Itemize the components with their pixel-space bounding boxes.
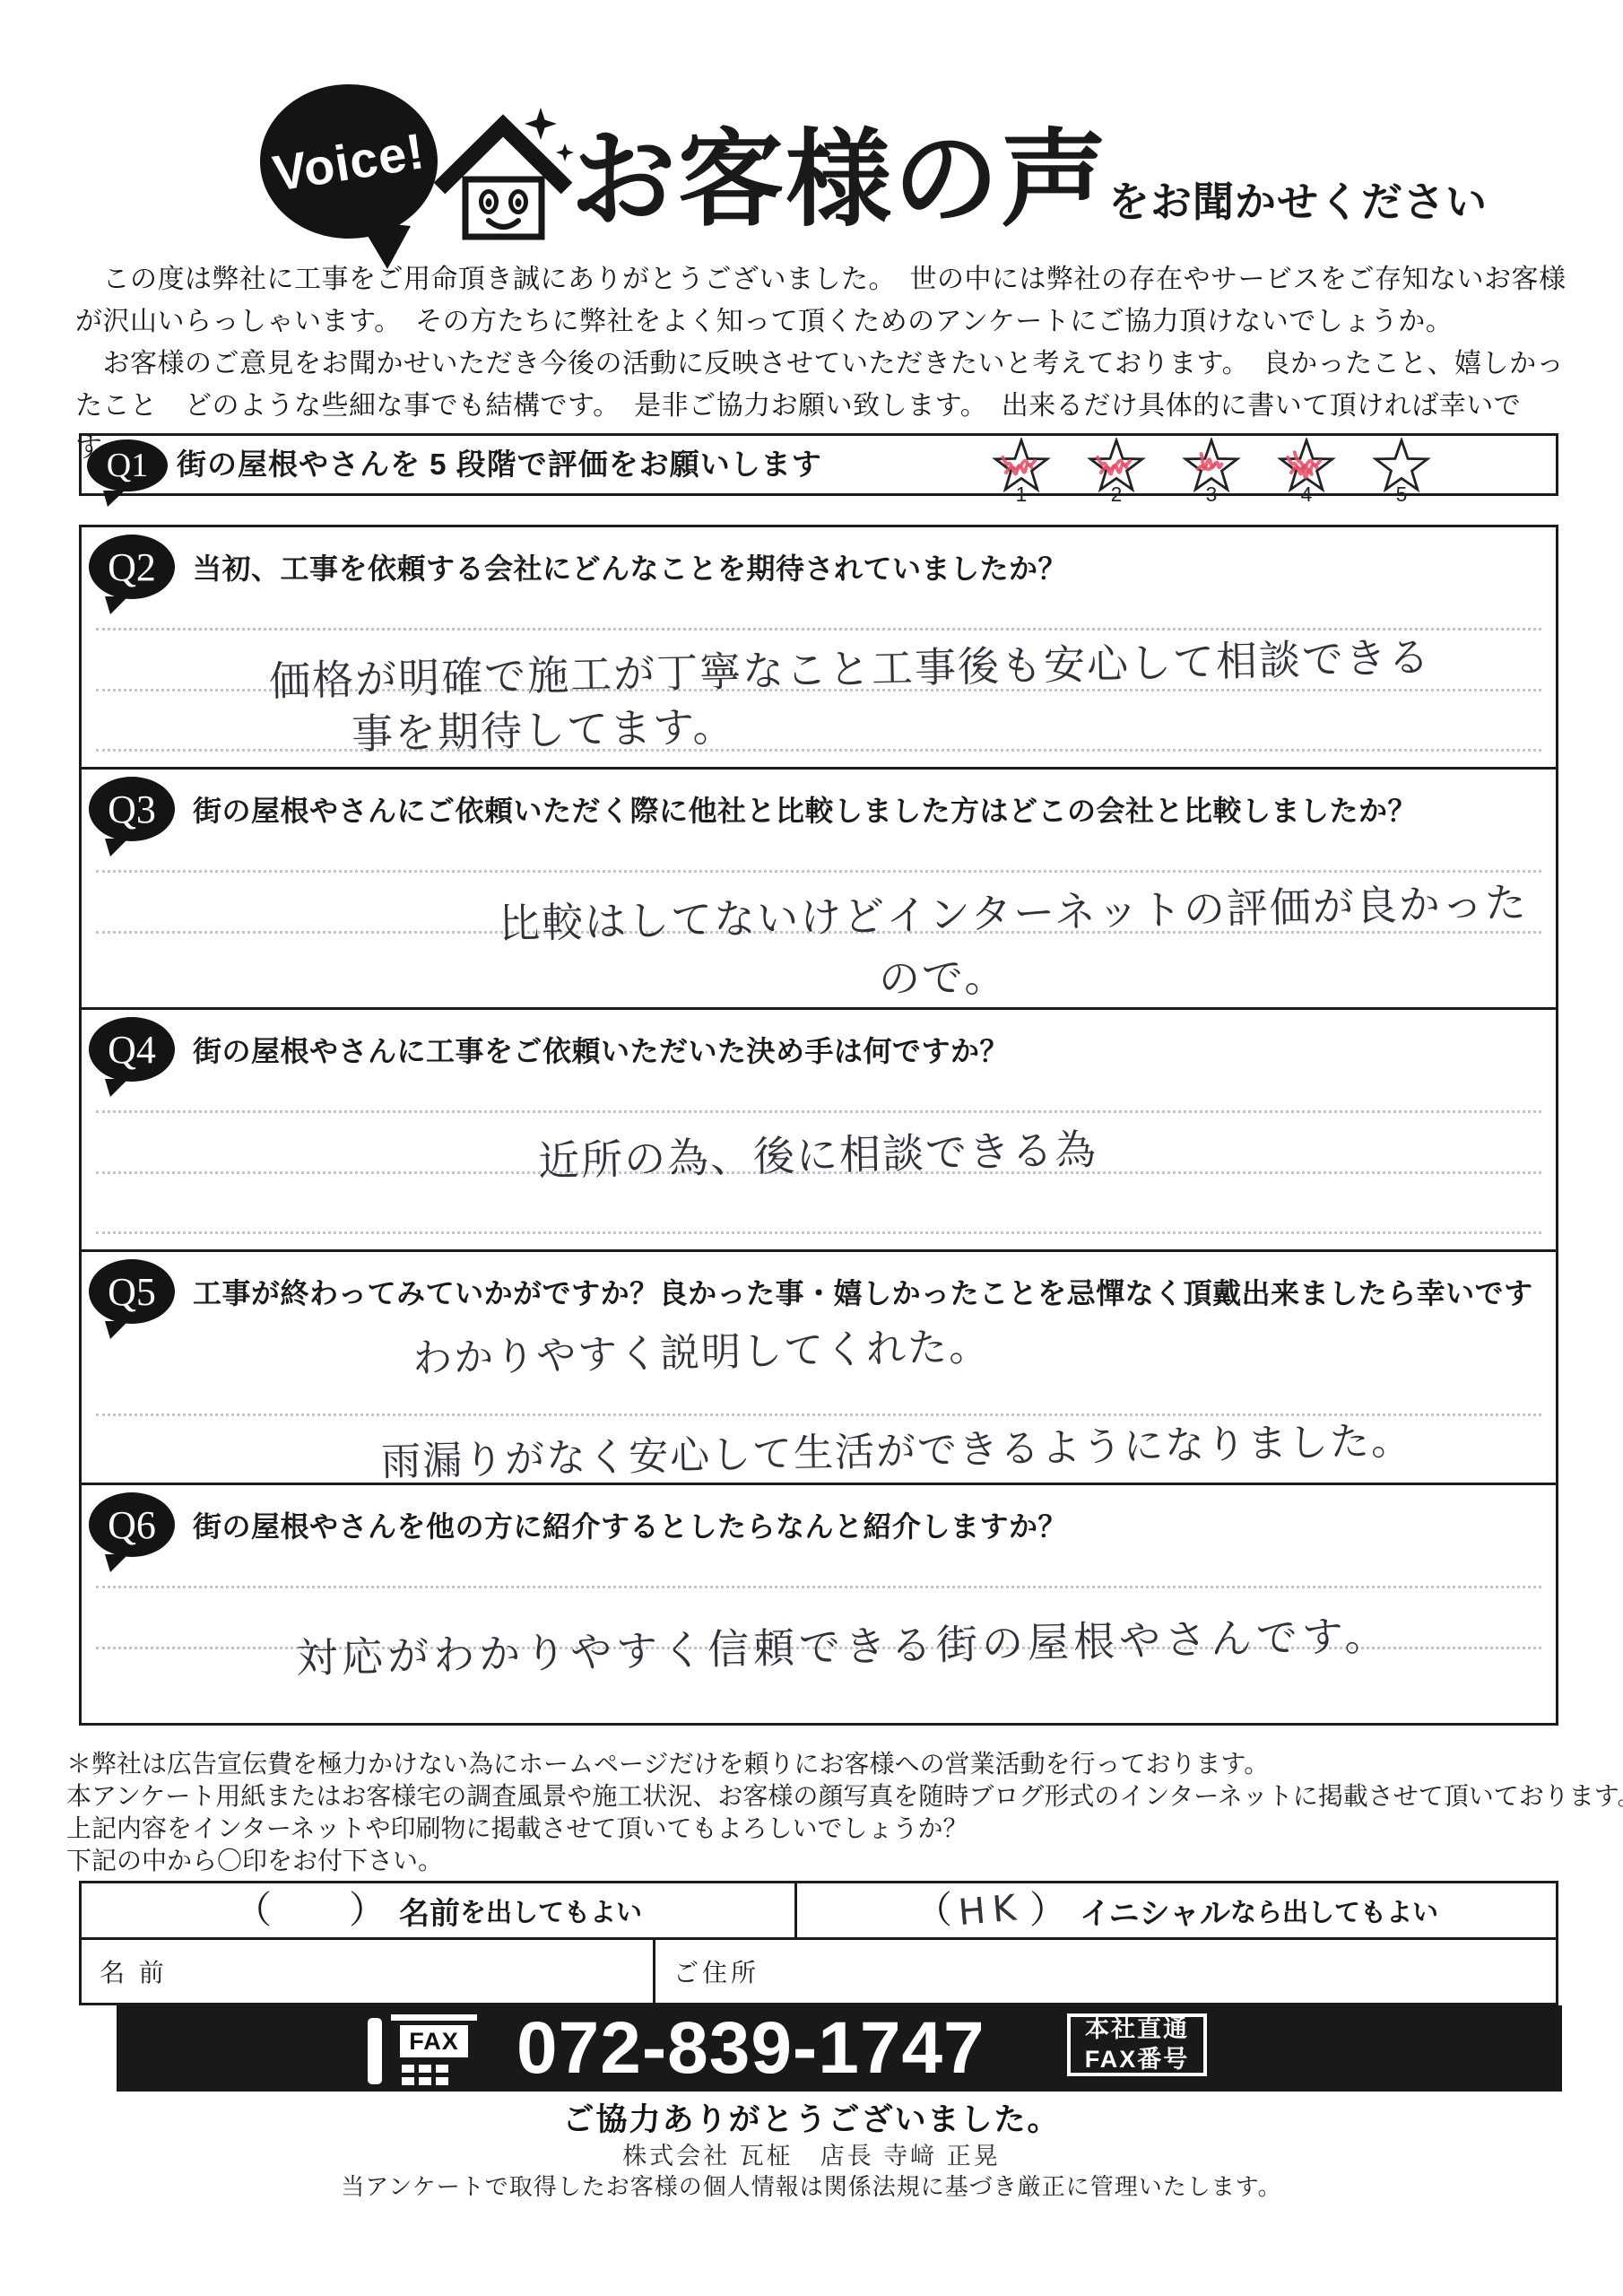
writing-guide-line <box>96 1231 1541 1234</box>
q5-bubble-tail <box>103 1321 128 1339</box>
q4-bubble-tail <box>103 1079 128 1097</box>
star-3: 3 <box>1179 438 1244 506</box>
q5-label: Q5 <box>108 1269 156 1315</box>
fax-banner: FAX 072-839-1747 本社直通 FAX番号 <box>117 2005 1562 2092</box>
close-paren: ） <box>349 1892 386 1929</box>
close-paren: ） <box>1029 1892 1067 1929</box>
q1-rating-box: Q1 街の屋根やさんを 5 段階で評価をお願いします 1 2 <box>79 433 1558 496</box>
question-section-q6: Q6 街の屋根やさんを他の方に紹介するとしたらなんと紹介しますか？ 対応がわかり… <box>82 1483 1556 1723</box>
fax-machine-icon: FAX <box>368 2011 493 2086</box>
q4-label-bubble: Q4 <box>89 1017 175 1082</box>
writing-guide-line <box>96 749 1541 752</box>
fax-note-box: 本社直通 FAX番号 <box>1067 2013 1207 2076</box>
fax-icon-label: FAX <box>400 2025 468 2057</box>
svg-text:4: 4 <box>1301 483 1313 506</box>
intro-paragraph-1: この度は弊社に工事をご用命頂き誠にありがとうございました。 世の中には弊社の存在… <box>75 258 1571 343</box>
fax-paper-slot <box>391 2014 477 2021</box>
star-5: 5 <box>1369 438 1434 506</box>
q2-label: Q2 <box>108 544 156 590</box>
q3-answer-handwriting-line2: ので。 <box>878 944 1007 1006</box>
company-line: 株式会社 瓦柾 店長 寺﨑 正晃 <box>0 2136 1623 2171</box>
star-4: 4 <box>1274 438 1339 506</box>
voice-logo-text: Voice! <box>269 121 429 203</box>
q6-answer-handwriting: 対応がわかりやすく信頼できる街の屋根やさんです。 <box>295 1603 1390 1685</box>
q6-bubble-tail <box>103 1554 128 1572</box>
footer-note-2: 本アンケート用紙またはお客様宅の調査風景や施工状況、お客様の顔写真を随時ブログ形… <box>66 1781 1591 1813</box>
svg-text:1: 1 <box>1016 483 1028 506</box>
star-2: 2 <box>1084 438 1149 506</box>
svg-text:2: 2 <box>1111 483 1123 506</box>
fax-note-line2: FAX番号 <box>1085 2045 1190 2075</box>
footer-note-1: ＊弊社は広告宣伝費を極力かけない為にホームページだけを頼りにお客様への営業活動を… <box>66 1749 1591 1781</box>
q4-answer-handwriting: 近所の為、後に相談できる為 <box>537 1117 1098 1187</box>
open-paren: （ <box>234 1892 272 1929</box>
fax-handset <box>368 2018 382 2084</box>
writing-guide-line <box>96 1586 1541 1588</box>
q6-question: 街の屋根やさんを他の方に紹介するとしたらなんと紹介しますか？ <box>193 1504 1067 1545</box>
address-field-label: ご住所 <box>673 1953 759 1989</box>
footer-note-4: 下記の中から〇印をお付下さい。 <box>66 1846 1591 1878</box>
q5-answer-handwriting-line2: 雨漏りがなく安心して生活ができるようになりました。 <box>380 1408 1412 1487</box>
name-consent-strong: 名前 <box>399 1889 460 1933</box>
q1-label-bubble: Q1 <box>87 439 168 491</box>
fax-keypad <box>402 2065 448 2085</box>
page-title-main: お客様の声 <box>570 127 1108 233</box>
consent-table: （ ） 名前 を出してもよい （ HK ） イニシャル なら出してもよい 名 前… <box>79 1881 1558 2005</box>
initial-consent-strong: イニシャル <box>1080 1889 1230 1933</box>
q4-label: Q4 <box>108 1027 156 1073</box>
footer-note-3: 上記内容をインターネットや印刷物に掲載させて頂いてもよろしいでしょうか？ <box>66 1813 1591 1846</box>
q4-question: 街の屋根やさんに工事をご依頼いただいた決め手は何ですか？ <box>193 1029 1009 1070</box>
svg-text:5: 5 <box>1396 483 1408 506</box>
question-section-q5: Q5 工事が終わってみていかがですか？良かった事・嬉しかったことを忌憚なく頂戴出… <box>82 1249 1556 1483</box>
fax-note-line1: 本社直通 <box>1085 2014 1189 2045</box>
name-field: 名 前 <box>82 1940 655 2003</box>
writing-guide-line <box>96 870 1541 873</box>
question-section-q3: Q3 街の屋根やさんにご依頼いただく際に他社と比較しました方はどこの会社と比較し… <box>82 767 1556 1007</box>
q1-question: 街の屋根やさんを 5 段階で評価をお願いします <box>177 436 822 493</box>
star-1: 1 <box>989 438 1054 506</box>
q2-answer-handwriting-line1: 価格が明確で施工が丁寧なこと工事後も安心して相談できる <box>268 624 1431 708</box>
q3-question: 街の屋根やさんにご依頼いただく際に他社と比較しました方はどこの会社と比較しました… <box>193 788 1417 830</box>
q5-answer-handwriting-line1: わかりやすく説明してくれた。 <box>412 1314 990 1383</box>
q5-question: 工事が終わってみていかがですか？良かった事・嬉しかったことを忌憚なく頂戴出来まし… <box>193 1271 1533 1312</box>
q3-bubble-tail <box>103 839 128 857</box>
footer-notes: ＊弊社は広告宣伝費を極力かけない為にホームページだけを頼りにお客様への営業活動を… <box>66 1749 1591 1878</box>
q1-bubble-tail <box>101 491 125 507</box>
initial-consent-option: （ HK ） イニシャル なら出してもよい <box>797 1883 1556 1937</box>
fax-number: 072-839-1747 <box>516 2005 985 2092</box>
name-field-label: 名 前 <box>100 1953 168 1989</box>
svg-text:3: 3 <box>1206 483 1218 506</box>
question-section-q4: Q4 街の屋根やさんに工事をご依頼いただいた決め手は何ですか？ 近所の為、後に相… <box>82 1007 1556 1249</box>
question-section-q2: Q2 当初、工事を依頼する会社にどんなことを期待されていましたか？ 価格が明確で… <box>82 527 1556 767</box>
q6-label-bubble: Q6 <box>89 1492 175 1557</box>
q1-label: Q1 <box>107 446 148 485</box>
voice-logo: Voice! <box>260 84 438 239</box>
page-title-sub: をお聞かせください <box>1108 170 1488 229</box>
q5-label-bubble: Q5 <box>89 1259 175 1324</box>
q3-label: Q3 <box>108 787 156 832</box>
q3-label-bubble: Q3 <box>89 777 175 841</box>
house-mascot-icon <box>429 104 581 243</box>
questions-container: Q2 当初、工事を依頼する会社にどんなことを期待されていましたか？ 価格が明確で… <box>79 525 1558 1726</box>
name-consent-rest: を出してもよい <box>460 1892 642 1929</box>
q2-question: 当初、工事を依頼する会社にどんなことを期待されていましたか？ <box>193 546 1067 587</box>
q6-label: Q6 <box>108 1502 156 1548</box>
name-consent-option: （ ） 名前 を出してもよい <box>82 1883 797 1937</box>
q2-answer-handwriting-line2: 事を期待してます。 <box>351 694 736 761</box>
scanned-survey-page: Voice! お客様の声 をお聞かせください この度は弊社に工事をご用命頂き誠に… <box>0 0 1623 2296</box>
open-paren: （ <box>915 1892 952 1929</box>
writing-guide-line <box>96 1110 1541 1113</box>
q2-label-bubble: Q2 <box>89 535 175 599</box>
address-field: ご住所 <box>655 1940 1556 2003</box>
privacy-line: 当アンケートで取得したお客様の個人情報は関係法規に基づき厳正に管理いたします。 <box>0 2169 1623 2202</box>
page-title: お客様の声 をお聞かせください <box>570 127 1488 233</box>
q3-answer-handwriting-line1: 比較はしてないけどインターネットの評価が良かった <box>498 870 1528 951</box>
thanks-line: ご協力ありがとうございました。 <box>0 2095 1623 2140</box>
q2-bubble-tail <box>103 596 128 614</box>
initials-handwritten: HK <box>950 1886 1031 1934</box>
initial-consent-rest: なら出してもよい <box>1230 1892 1438 1929</box>
